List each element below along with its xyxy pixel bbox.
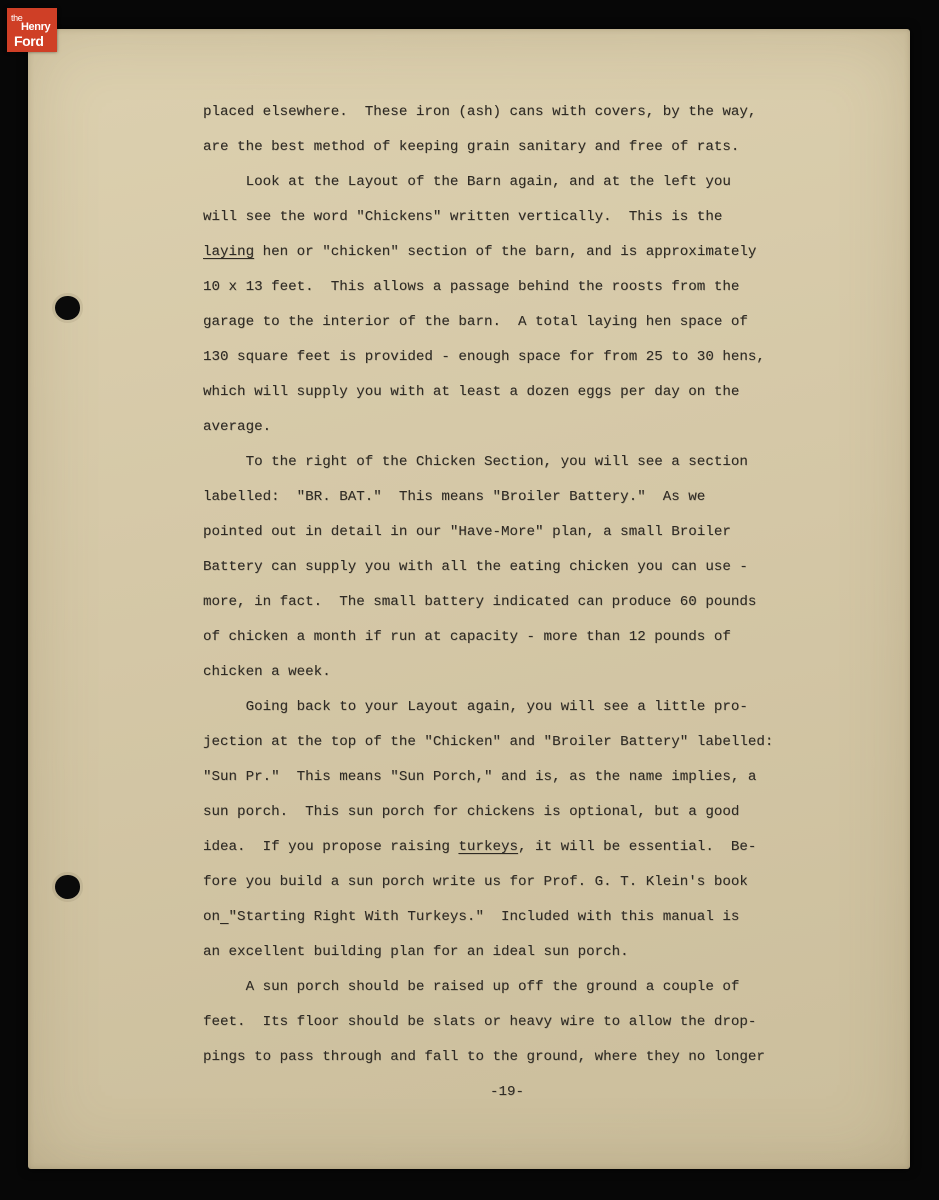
text-segment: , it will be essential. Be- (518, 839, 756, 855)
text-segment: garage to the interior of the barn. A to… (203, 314, 748, 330)
logo-word-henry: Henry (21, 22, 50, 33)
underlined-text: laying (203, 244, 254, 260)
text-line: an excellent building plan for an ideal … (203, 935, 811, 970)
text-line: labelled: "BR. BAT." This means "Broiler… (203, 480, 811, 515)
text-line: 10 x 13 feet. This allows a passage behi… (203, 270, 811, 305)
text-line: pointed out in detail in our "Have-More"… (203, 515, 811, 550)
text-line: placed elsewhere. These iron (ash) cans … (203, 95, 811, 130)
punch-hole-top (55, 296, 80, 320)
text-segment: placed elsewhere. These iron (ash) cans … (203, 104, 756, 120)
text-line: which will supply you with at least a do… (203, 375, 811, 410)
text-line: laying hen or "chicken" section of the b… (203, 235, 811, 270)
text-line: are the best method of keeping grain san… (203, 130, 811, 165)
text-line: will see the word "Chickens" written ver… (203, 200, 811, 235)
text-line: chicken a week. (203, 655, 811, 690)
typewritten-text: placed elsewhere. These iron (ash) cans … (203, 95, 811, 1075)
text-line: garage to the interior of the barn. A to… (203, 305, 811, 340)
text-segment: "Starting Right With Turkeys." Included … (229, 909, 740, 925)
text-segment: on (203, 909, 220, 925)
text-segment: To the right of the Chicken Section, you… (203, 454, 748, 470)
text-line: on "Starting Right With Turkeys." Includ… (203, 900, 811, 935)
text-segment: chicken a week. (203, 664, 331, 680)
henry-ford-logo: the Henry Ford (7, 8, 57, 52)
text-segment: feet. Its floor should be slats or heavy… (203, 1014, 756, 1030)
text-line: feet. Its floor should be slats or heavy… (203, 1005, 811, 1040)
logo-word-ford: Ford (14, 34, 44, 48)
document-page: placed elsewhere. These iron (ash) cans … (28, 29, 910, 1169)
text-line: Look at the Layout of the Barn again, an… (203, 165, 811, 200)
text-segment: labelled: "BR. BAT." This means "Broiler… (203, 489, 705, 505)
text-segment: pointed out in detail in our "Have-More"… (203, 524, 731, 540)
text-segment: which will supply you with at least a do… (203, 384, 739, 400)
text-line: sun porch. This sun porch for chickens i… (203, 795, 811, 830)
text-line: fore you build a sun porch write us for … (203, 865, 811, 900)
text-line: average. (203, 410, 811, 445)
text-line: idea. If you propose raising turkeys, it… (203, 830, 811, 865)
text-segment: Going back to your Layout again, you wil… (203, 699, 748, 715)
text-line: A sun porch should be raised up off the … (203, 970, 811, 1005)
page-number: -19- (203, 1075, 811, 1110)
text-segment: pings to pass through and fall to the gr… (203, 1049, 765, 1065)
text-segment: hen or "chicken" section of the barn, an… (254, 244, 756, 260)
text-segment: an excellent building plan for an ideal … (203, 944, 629, 960)
text-line: of chicken a month if run at capacity - … (203, 620, 811, 655)
text-segment: average. (203, 419, 271, 435)
text-line: 130 square feet is provided - enough spa… (203, 340, 811, 375)
underlined-text (220, 909, 229, 925)
text-segment: jection at the top of the "Chicken" and … (203, 734, 773, 750)
text-segment: 10 x 13 feet. This allows a passage behi… (203, 279, 739, 295)
scanned-document-viewport: { "colors":{ "bg":"#070707", "paper":"#d… (0, 0, 939, 1200)
text-segment: Look at the Layout of the Barn again, an… (203, 174, 731, 190)
punch-hole-bottom (55, 875, 80, 899)
text-segment: "Sun Pr." This means "Sun Porch," and is… (203, 769, 756, 785)
text-segment: will see the word "Chickens" written ver… (203, 209, 722, 225)
text-segment: sun porch. This sun porch for chickens i… (203, 804, 739, 820)
text-line: "Sun Pr." This means "Sun Porch," and is… (203, 760, 811, 795)
text-segment: A sun porch should be raised up off the … (203, 979, 739, 995)
text-segment: fore you build a sun porch write us for … (203, 874, 748, 890)
text-segment: more, in fact. The small battery indicat… (203, 594, 756, 610)
text-line: To the right of the Chicken Section, you… (203, 445, 811, 480)
text-line: jection at the top of the "Chicken" and … (203, 725, 811, 760)
text-segment: Battery can supply you with all the eati… (203, 559, 748, 575)
underlined-text: turkeys (458, 839, 518, 855)
text-segment: 130 square feet is provided - enough spa… (203, 349, 765, 365)
text-segment: are the best method of keeping grain san… (203, 139, 739, 155)
text-segment: idea. If you propose raising (203, 839, 458, 855)
text-line: Going back to your Layout again, you wil… (203, 690, 811, 725)
text-line: pings to pass through and fall to the gr… (203, 1040, 811, 1075)
text-line: Battery can supply you with all the eati… (203, 550, 811, 585)
text-line: more, in fact. The small battery indicat… (203, 585, 811, 620)
text-segment: of chicken a month if run at capacity - … (203, 629, 731, 645)
